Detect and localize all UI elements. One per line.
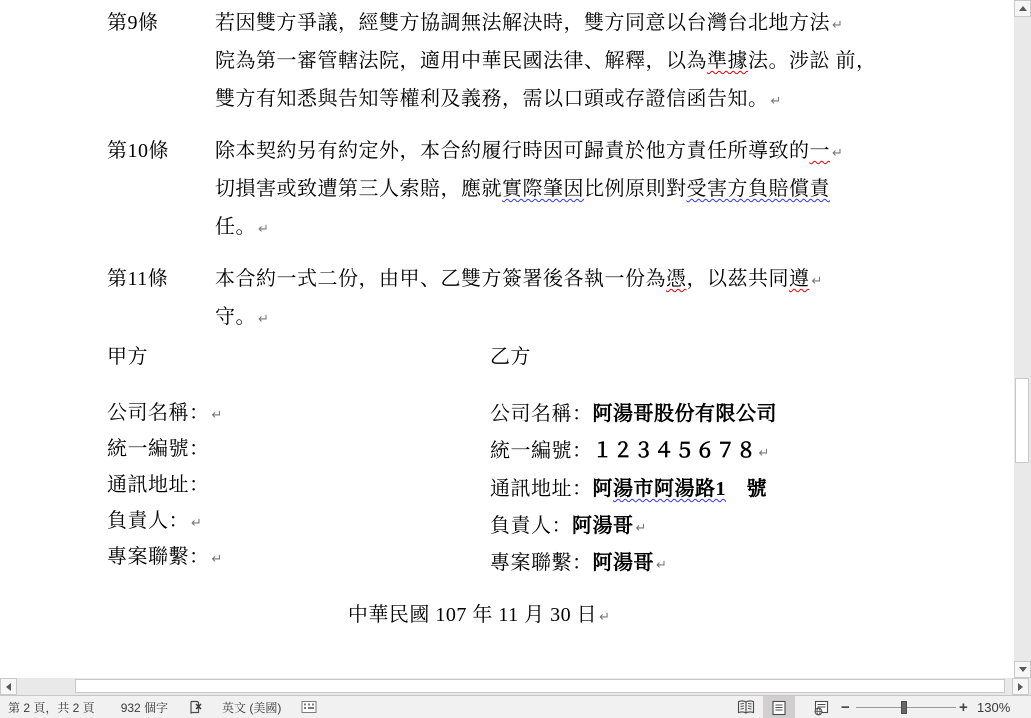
article-10-line-2[interactable]: 切損害或致遭第三人索賠，應就實際肇因比例原則對受害方負賠償責: [215, 177, 830, 201]
text-run: 準據: [707, 50, 748, 72]
paragraph-mark: ↵: [759, 446, 770, 461]
scroll-right-button[interactable]: [1012, 678, 1029, 695]
text-run: １２３４５６７８: [593, 440, 757, 462]
text-run: 中華民國 107 年 11 月 30 日: [348, 604, 597, 626]
text-run: 專案聯繫：: [490, 552, 593, 574]
party-b-address-field[interactable]: 通訊地址：阿湯市阿湯路1 號: [490, 477, 767, 501]
article-9-line-3[interactable]: 雙方有知悉與告知等權利及義務，需以口頭或存證信函告知。↵: [215, 87, 781, 114]
zoom-out-label: −: [841, 699, 850, 716]
text-run: 一: [810, 140, 831, 162]
scroll-up-button[interactable]: [1014, 0, 1031, 17]
page-number-indicator[interactable]: 第 2 頁，共 2 頁: [2, 696, 101, 718]
text-run: 阿湯哥: [572, 515, 634, 537]
party-a-address-field[interactable]: 通訊地址：: [107, 473, 210, 497]
article-11-line-2[interactable]: 守。↵: [215, 305, 269, 332]
zoom-out-button[interactable]: −: [841, 696, 850, 718]
text-run: 阿湯哥: [593, 552, 655, 574]
document-canvas[interactable]: 第9條 若因雙方爭議，經雙方協調無法解決時，雙方同意以台灣台北地方法↵ 院為第一…: [0, 0, 1014, 678]
article-10-line-1[interactable]: 除本契約另有約定外，本合約履行時因可歸責於他方責任所導致的一↵: [215, 139, 843, 166]
text-run: 負責人：: [107, 510, 189, 532]
text-run: 本合約一式二份，由甲、乙雙方簽署後各執一份為: [215, 268, 666, 290]
text-run: 實際肇因: [502, 178, 584, 200]
text-run: 任。: [215, 216, 256, 238]
scroll-left-button[interactable]: [0, 678, 17, 695]
web-layout-icon: [813, 700, 830, 716]
zoom-slider-thumb[interactable]: [901, 701, 907, 714]
article-9-line-2[interactable]: 院為第一審管轄法院，適用中華民國法律、解釋，以為準據法。涉訟 前，: [215, 49, 877, 73]
text-run: 比例原則對: [584, 178, 687, 200]
arrow-down-icon: [1019, 667, 1027, 672]
horizontal-scrollbar-thumb[interactable]: [75, 679, 1005, 693]
article-10-line-3[interactable]: 任。↵: [215, 215, 269, 242]
text-run: 湯市阿湯路1: [613, 478, 726, 500]
text-run: 若因雙方爭議，經雙方協調無法解決時，雙方同意以台灣台北地方法: [215, 12, 830, 34]
text-run: 除本契約另有約定外，本合約履行時因可歸責於他方責任所導致的: [215, 140, 810, 162]
page-number-label: 第 2 頁，共 2 頁: [8, 699, 95, 716]
paragraph-mark: ↵: [212, 408, 223, 423]
article-11-line-1[interactable]: 本合約一式二份，由甲、乙雙方簽署後各執一份為憑，以茲共同遵↵: [215, 267, 822, 294]
party-b-owner-field[interactable]: 負責人：阿湯哥↵: [490, 514, 646, 541]
arrow-up-icon: [1019, 6, 1027, 11]
word-window: 第9條 若因雙方爭議，經雙方協調無法解決時，雙方同意以台灣台北地方法↵ 院為第一…: [0, 0, 1031, 718]
party-a-contact-field[interactable]: 專案聯繫：↵: [107, 545, 222, 572]
text-run: 負責人：: [490, 515, 572, 537]
party-b-contact-field[interactable]: 專案聯繫：阿湯哥↵: [490, 551, 667, 578]
text-run: 雙方有知悉與告知等權利及義務，需以口頭或存證信函告知。: [215, 88, 769, 110]
text-run: 守。: [215, 306, 256, 328]
article-9-label[interactable]: 第9條: [107, 11, 159, 35]
paragraph-mark: ↵: [656, 558, 667, 573]
party-b-title[interactable]: 乙方: [490, 345, 531, 369]
read-mode-button[interactable]: [729, 696, 763, 718]
text-run: 切損害或致遭第三人索賠，應就: [215, 178, 502, 200]
paragraph-mark: ↵: [212, 552, 223, 567]
proofing-book-error-icon: [188, 699, 204, 715]
text-run: 法。涉訟 前，: [748, 50, 877, 72]
paragraph-mark: ↵: [599, 610, 610, 625]
party-b-tax-id-field[interactable]: 統一編號：１２３４５６７８↵: [490, 439, 769, 466]
text-run: 憑: [666, 268, 687, 290]
text-run: 統一編號：: [107, 438, 210, 460]
zoom-in-label: +: [959, 699, 968, 716]
article-10-label[interactable]: 第10條: [107, 139, 169, 163]
arrow-left-icon: [6, 683, 11, 691]
word-count-label: 932 個字: [121, 699, 168, 716]
roc-date-line[interactable]: 中華民國 107 年 11 月 30 日↵: [107, 603, 851, 630]
arrow-right-icon: [1018, 683, 1023, 691]
horizontal-scrollbar[interactable]: [0, 678, 1031, 695]
text-run: 通訊地址：: [107, 474, 210, 496]
ime-mode-button[interactable]: [295, 696, 323, 718]
print-layout-icon: [771, 700, 787, 716]
zoom-percentage-label: 130%: [977, 700, 1010, 715]
scroll-down-button[interactable]: [1014, 661, 1031, 678]
party-a-owner-field[interactable]: 負責人：↵: [107, 509, 202, 536]
party-a-company-field[interactable]: 公司名稱：↵: [107, 401, 222, 428]
read-mode-icon: [737, 700, 755, 715]
text-run: 阿湯哥股份有限公司: [593, 403, 778, 425]
language-indicator[interactable]: 英文 (美國): [216, 696, 287, 718]
paragraph-mark: ↵: [832, 18, 843, 33]
text-run: 院為第一審管轄法院，適用中華民國法律、解釋，以為: [215, 50, 707, 72]
text-run: 遵: [789, 268, 810, 290]
status-bar: 第 2 頁，共 2 頁 932 個字 英文 (美國): [0, 695, 1031, 718]
party-a-tax-id-field[interactable]: 統一編號：: [107, 437, 210, 461]
text-run: 號: [726, 478, 767, 500]
party-a-title[interactable]: 甲方: [107, 345, 148, 369]
article-9-line-1[interactable]: 若因雙方爭議，經雙方協調無法解決時，雙方同意以台灣台北地方法↵: [215, 11, 843, 38]
zoom-percentage-button[interactable]: 130%: [977, 696, 1010, 718]
text-run: 阿: [593, 478, 614, 500]
web-layout-button[interactable]: [805, 696, 838, 718]
paragraph-mark: ↵: [771, 94, 782, 109]
ime-keyboard-icon: [301, 700, 317, 714]
text-run: 受害方負賠償責: [687, 178, 831, 200]
paragraph-mark: ↵: [258, 222, 269, 237]
proofing-errors-button[interactable]: [182, 696, 210, 718]
language-label: 英文 (美國): [222, 699, 281, 716]
paragraph-mark: ↵: [832, 146, 843, 161]
paragraph-mark: ↵: [191, 516, 202, 531]
text-run: 公司名稱：: [490, 403, 593, 425]
text-run: 公司名稱：: [107, 402, 210, 424]
text-run: 通訊地址：: [490, 478, 593, 500]
paragraph-mark: ↵: [258, 312, 269, 327]
article-11-label[interactable]: 第11條: [107, 267, 168, 291]
party-b-company-field[interactable]: 公司名稱：阿湯哥股份有限公司: [490, 402, 777, 426]
print-layout-button[interactable]: [763, 696, 795, 718]
paragraph-mark: ↵: [636, 521, 647, 536]
vertical-scrollbar[interactable]: [1014, 0, 1031, 678]
word-count-indicator[interactable]: 932 個字: [115, 696, 174, 718]
paragraph-mark: ↵: [812, 274, 823, 289]
text-run: 統一編號：: [490, 440, 593, 462]
text-run: ，以茲共同: [687, 268, 790, 290]
text-run: 專案聯繫：: [107, 546, 210, 568]
zoom-in-button[interactable]: +: [959, 696, 968, 718]
vertical-scrollbar-thumb[interactable]: [1015, 378, 1029, 463]
